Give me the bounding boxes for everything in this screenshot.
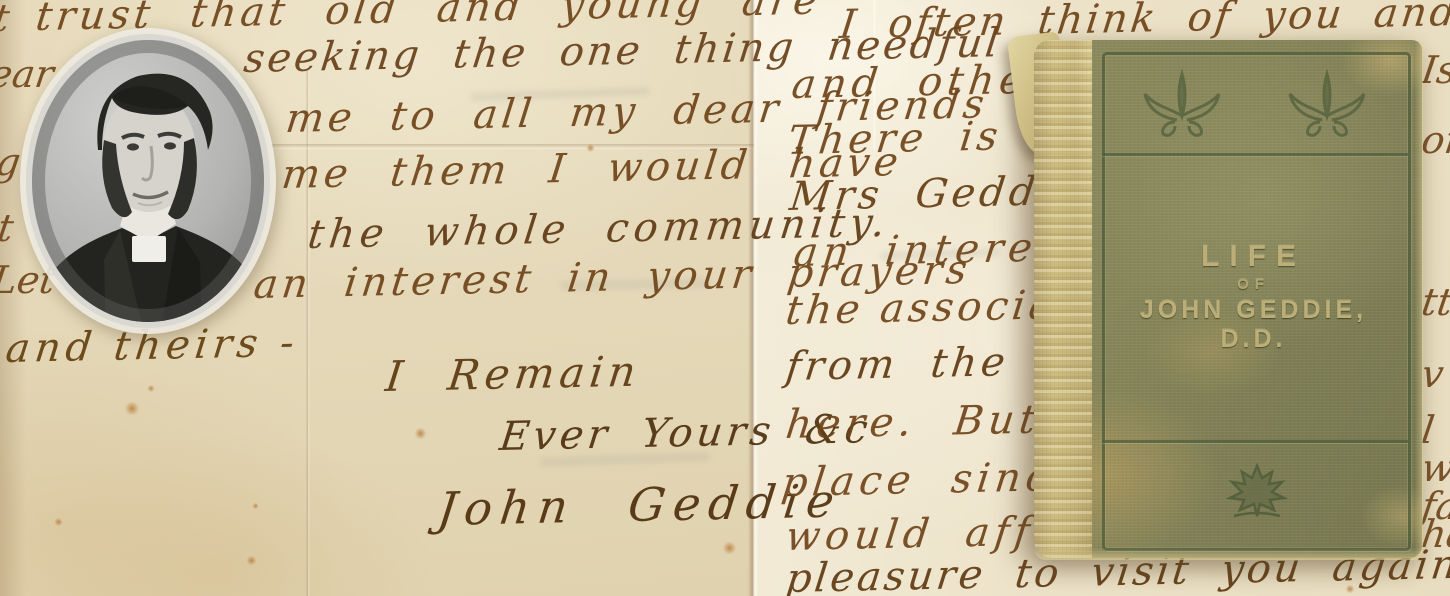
embossed-rule-top bbox=[1102, 153, 1408, 156]
book-cover-life-of-john-geddie: LIFE OF JOHN GEDDIE, D.D. bbox=[1034, 40, 1422, 558]
cut-word-fragment: or bbox=[1419, 118, 1450, 162]
closing-line: I Remain bbox=[383, 347, 643, 401]
rust-stain bbox=[147, 385, 155, 392]
embossed-rule-bottom bbox=[1102, 440, 1408, 443]
rust-stain bbox=[722, 542, 737, 554]
book-title-line: LIFE bbox=[1102, 240, 1405, 274]
leaf-emblem-icon bbox=[1220, 462, 1294, 524]
worn-right-edge bbox=[1415, 40, 1423, 558]
cut-word-fragment: tt bbox=[1419, 280, 1450, 324]
cut-word-fragment: Is bbox=[1419, 48, 1450, 92]
portrait-photo-image bbox=[20, 28, 276, 334]
book-title-line: OF bbox=[1102, 276, 1405, 293]
rust-stain bbox=[414, 428, 427, 439]
fleur-ornament-icon bbox=[1284, 68, 1370, 142]
john-geddie-oval-portrait bbox=[20, 28, 276, 334]
letter-collage-scene: trust that old and young are seeking the… bbox=[0, 0, 1450, 596]
rust-stain bbox=[124, 402, 140, 415]
book-title-line: JOHN GEDDIE, D.D. bbox=[1102, 296, 1405, 354]
rust-stain bbox=[246, 556, 257, 565]
rust-stain bbox=[54, 518, 63, 526]
fleur-ornament-icon bbox=[1139, 68, 1225, 142]
rust-stain bbox=[252, 503, 259, 509]
worn-bottom-edge bbox=[1034, 548, 1422, 560]
cut-word-fragment: ha bbox=[1419, 512, 1450, 556]
